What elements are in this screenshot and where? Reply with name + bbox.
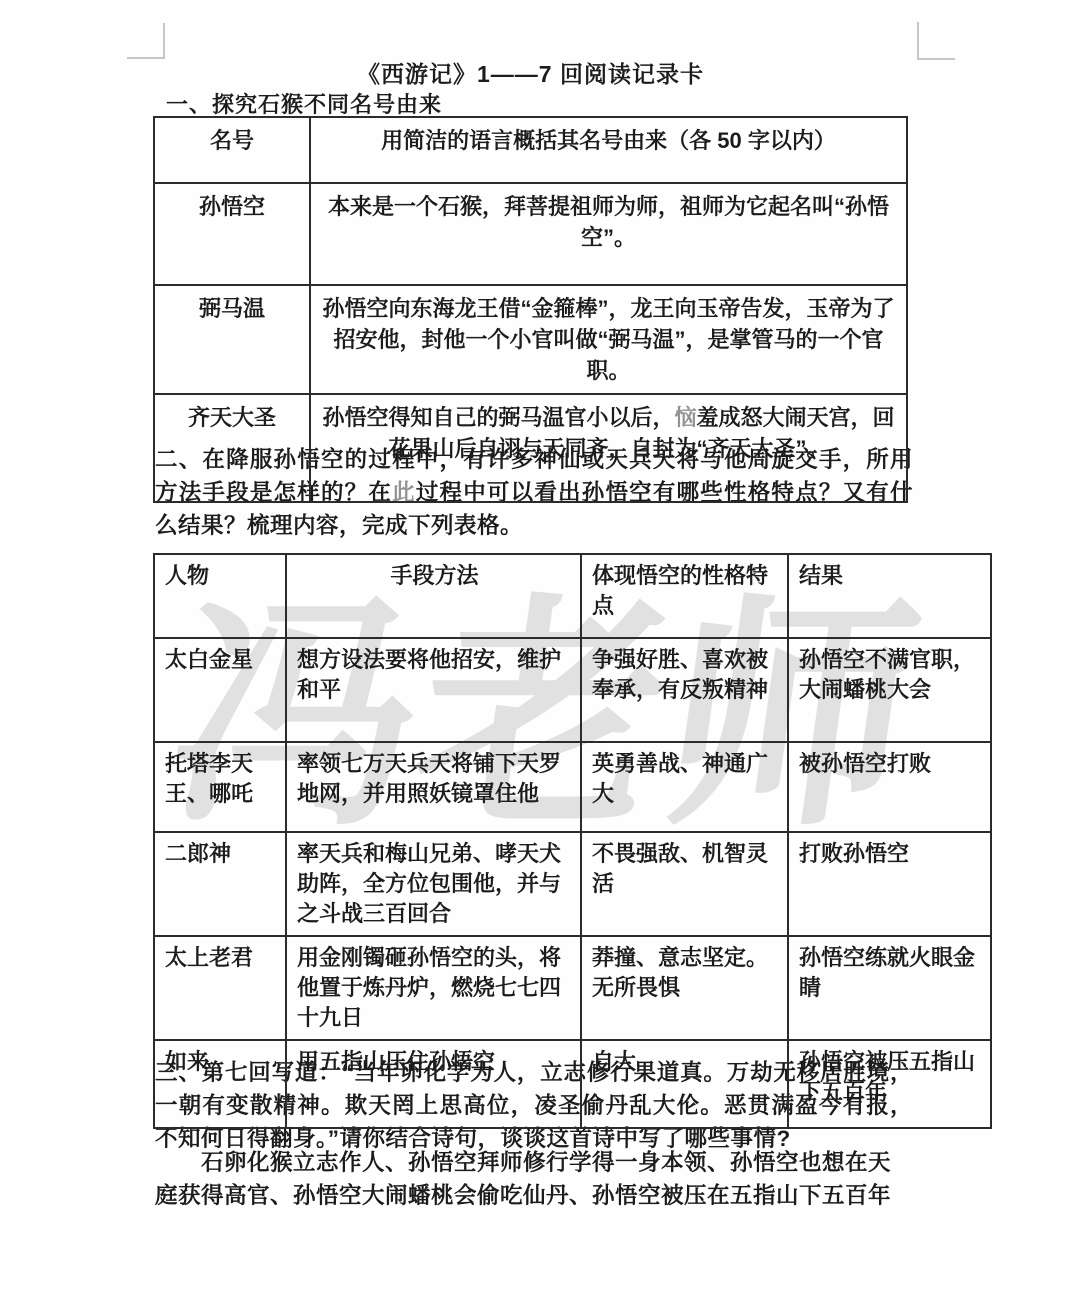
cell-method: 率领七万天兵天将铺下天罗地网，并用照妖镜罩住他 xyxy=(286,742,581,832)
cell-result: 被孙悟空打败 xyxy=(788,742,991,832)
cell-result: 孙悟空被压五指山下五百年 xyxy=(788,1040,991,1128)
cell-personality: 不畏强敌、机智灵活 xyxy=(581,832,788,936)
section3-answer-paragraph: 石卵化猴立志作人、孙悟空拜师修行学得一身本领、孙悟空也想在天庭获得高官、孙悟空大… xyxy=(155,1146,913,1212)
cell-method: 用金刚镯砸孙悟空的头，将他置于炼丹炉，燃烧七七四十九日 xyxy=(286,936,581,1040)
table-row: 太白金星 想方设法要将他招安，维护和平 争强好胜、喜欢被奉承，有反叛精神 孙悟空… xyxy=(154,638,991,742)
cell-method: 用五指山压住孙悟空 xyxy=(286,1040,581,1128)
table-row: 弼马温 孙悟空向东海龙王借“金箍棒”，龙王向玉帝告发，玉帝为了招安他，封他一个小… xyxy=(154,285,907,394)
table-header-row: 名号 用简洁的语言概括其名号由来（各 50 字以内） xyxy=(154,117,907,183)
cell-character: 二郎神 xyxy=(154,832,286,936)
document-title: 《西游记》1——7 回阅读记录卡 xyxy=(153,56,908,89)
cell-result: 孙悟空不满官职，大闹蟠桃大会 xyxy=(788,638,991,742)
name-origin-table: 名号 用简洁的语言概括其名号由来（各 50 字以内） 孙悟空 本来是一个石猴，拜… xyxy=(153,116,908,503)
table-row: 二郎神 率天兵和梅山兄弟、哮天犬助阵，全方位包围他，并与之斗战三百回合 不畏强敌… xyxy=(154,832,991,936)
characters-methods-table: 人物 手段方法 体现悟空的性格特点 结果 太白金星 想方设法要将他招安，维护和平… xyxy=(153,553,992,1129)
cell-name: 弼马温 xyxy=(154,285,310,394)
cell-personality: 争强好胜、喜欢被奉承，有反叛精神 xyxy=(581,638,788,742)
header-cell-personality: 体现悟空的性格特点 xyxy=(581,554,788,638)
cell-method: 想方设法要将他招安，维护和平 xyxy=(286,638,581,742)
document-page: 《西游记》1——7 回阅读记录卡 一、探究石猴不同名号由来 名号 用简洁的语言概… xyxy=(0,0,1080,1292)
cell-origin: 孙悟空向东海龙王借“金箍棒”，龙王向玉帝告发，玉帝为了招安他，封他一个小官叫做“… xyxy=(310,285,907,394)
header-cell-character: 人物 xyxy=(154,554,286,638)
origin-text-before: 孙悟空得知自己的弼马温官小以后， xyxy=(322,405,674,430)
cell-character: 太白金星 xyxy=(154,638,286,742)
table-row: 如来 用五指山压住孙悟空 自大 孙悟空被压五指山下五百年 xyxy=(154,1040,991,1128)
cell-personality: 英勇善战、神通广大 xyxy=(581,742,788,832)
cell-origin: 孙悟空得知自己的弼马温官小以后，恼羞成怒大闹天宫，回花果山后自诩与天同齐，自封为… xyxy=(310,394,907,502)
section1-heading: 一、探究石猴不同名号由来 xyxy=(166,88,926,119)
cell-result: 孙悟空练就火眼金睛 xyxy=(788,936,991,1040)
table-row: 孙悟空 本来是一个石猴，拜菩提祖师为师，祖师为它起名叫“孙悟空”。 xyxy=(154,183,907,285)
cell-origin: 本来是一个石猴，拜菩提祖师为师，祖师为它起名叫“孙悟空”。 xyxy=(310,183,907,285)
cell-personality: 自大 xyxy=(581,1040,788,1128)
header-cell-result: 结果 xyxy=(788,554,991,638)
header-cell-origin: 用简洁的语言概括其名号由来（各 50 字以内） xyxy=(310,117,907,183)
header-cell-name: 名号 xyxy=(154,117,310,183)
cell-character: 托塔李天王、哪吒 xyxy=(154,742,286,832)
cell-name: 孙悟空 xyxy=(154,183,310,285)
page-corner-mark-top-right xyxy=(917,22,955,60)
table-row: 齐天大圣 孙悟空得知自己的弼马温官小以后，恼羞成怒大闹天宫，回花果山后自诩与天同… xyxy=(154,394,907,502)
cell-result: 打败孙悟空 xyxy=(788,832,991,936)
cell-character: 太上老君 xyxy=(154,936,286,1040)
table-row: 太上老君 用金刚镯砸孙悟空的头，将他置于炼丹炉，燃烧七七四十九日 莽撞、意志坚定… xyxy=(154,936,991,1040)
origin-text-marked-char: 恼 xyxy=(674,405,696,430)
cell-method: 率天兵和梅山兄弟、哮天犬助阵，全方位包围他，并与之斗战三百回合 xyxy=(286,832,581,936)
page-corner-mark-top-left xyxy=(127,23,165,59)
table-row: 托塔李天王、哪吒 率领七万天兵天将铺下天罗地网，并用照妖镜罩住他 英勇善战、神通… xyxy=(154,742,991,832)
cell-character: 如来 xyxy=(154,1040,286,1128)
cell-personality: 莽撞、意志坚定。无所畏惧 xyxy=(581,936,788,1040)
cell-name: 齐天大圣 xyxy=(154,394,310,502)
header-cell-method: 手段方法 xyxy=(286,554,581,638)
table-header-row: 人物 手段方法 体现悟空的性格特点 结果 xyxy=(154,554,991,638)
